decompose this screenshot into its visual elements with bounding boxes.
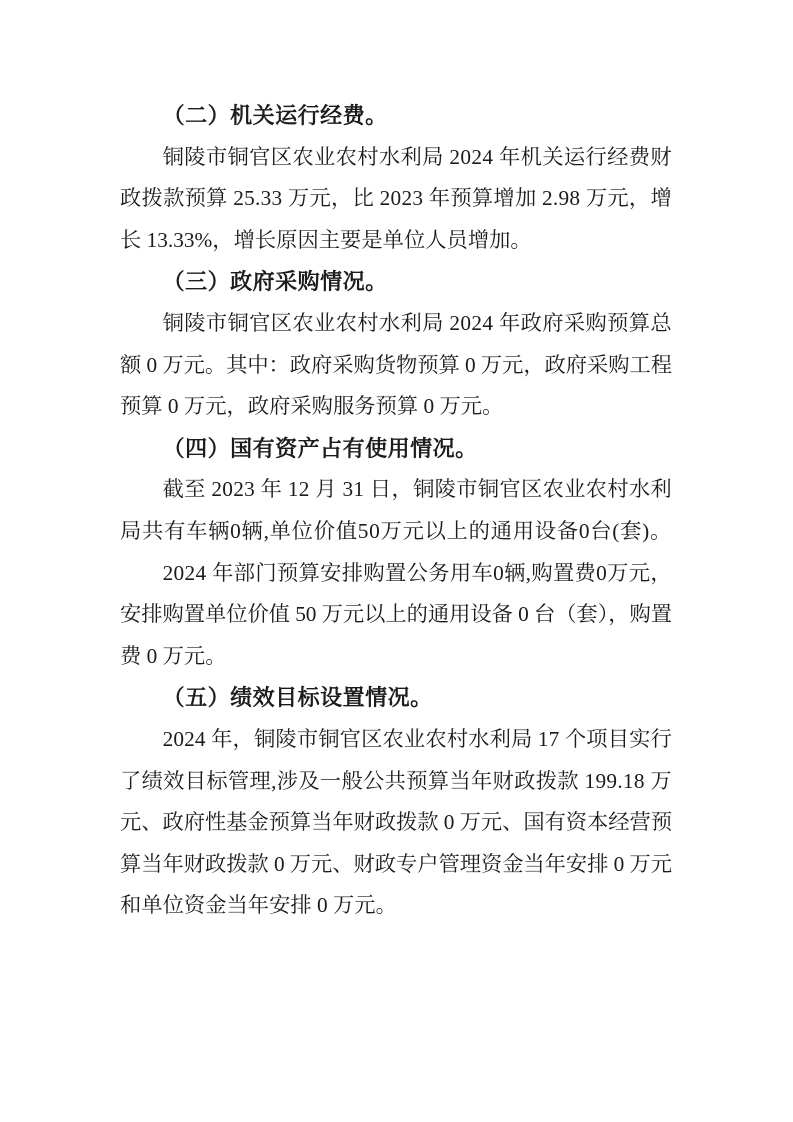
paragraph-line: 政拨款预算 25.33 万元，比 2023 年预算增加 2.98 万元，增: [120, 178, 672, 220]
paragraph-line-text: 算当年财政拨款 0 万元、财政专户管理资金当年安排 0 万元: [120, 844, 672, 886]
paragraph-line: 和单位资金当年安排 0 万元。: [120, 885, 672, 927]
section-heading: （二）机关运行经费。: [120, 95, 672, 137]
paragraph-line: 局共有车辆0辆,单位价值50万元以上的通用设备0台(套)。: [120, 511, 672, 553]
section-heading: （四）国有资产占有使用情况。: [120, 428, 672, 470]
section-heading-text: （五）绩效目标设置情况。: [163, 677, 433, 719]
paragraph-line: 截至 2023 年 12 月 31 日，铜陵市铜官区农业农村水利: [120, 469, 672, 511]
paragraph-line: 算当年财政拨款 0 万元、财政专户管理资金当年安排 0 万元: [120, 844, 672, 886]
paragraph-line-text: 费 0 万元。: [120, 636, 227, 678]
paragraph-line: 元、政府性基金预算当年财政拨款 0 万元、国有资本经营预: [120, 802, 672, 844]
paragraph-line-text: 截至 2023 年 12 月 31 日，铜陵市铜官区农业农村水利: [163, 469, 672, 511]
paragraph-line-text: 铜陵市铜官区农业农村水利局 2024 年机关运行经费财: [163, 137, 672, 179]
paragraph-line-text: 了绩效目标管理,涉及一般公共预算当年财政拨款 199.18 万: [120, 761, 672, 803]
paragraph-line: 2024 年，铜陵市铜官区农业农村水利局 17 个项目实行: [120, 719, 672, 761]
paragraph-line: 预算 0 万元，政府采购服务预算 0 万元。: [120, 386, 672, 428]
paragraph-line: 费 0 万元。: [120, 636, 672, 678]
paragraph-line: 铜陵市铜官区农业农村水利局 2024 年政府采购预算总: [120, 303, 672, 345]
paragraph-line-text: 安排购置单位价值 50 万元以上的通用设备 0 台（套），购置: [120, 594, 672, 636]
paragraph-line-text: 和单位资金当年安排 0 万元。: [120, 885, 397, 927]
section-heading: （五）绩效目标设置情况。: [120, 677, 672, 719]
paragraph-line: 长 13.33%，增长原因主要是单位人员增加。: [120, 220, 672, 262]
paragraph-line-text: 政拨款预算 25.33 万元，比 2023 年预算增加 2.98 万元，增: [120, 178, 672, 220]
paragraph-line: 安排购置单位价值 50 万元以上的通用设备 0 台（套），购置: [120, 594, 672, 636]
section-heading-text: （二）机关运行经费。: [163, 95, 388, 137]
paragraph-line: 了绩效目标管理,涉及一般公共预算当年财政拨款 199.18 万: [120, 761, 672, 803]
paragraph-line: 铜陵市铜官区农业农村水利局 2024 年机关运行经费财: [120, 137, 672, 179]
paragraph-line: 额 0 万元。其中：政府采购货物预算 0 万元，政府采购工程: [120, 345, 672, 387]
paragraph-line-text: 元、政府性基金预算当年财政拨款 0 万元、国有资本经营预: [120, 802, 672, 844]
section-heading-text: （三）政府采购情况。: [163, 261, 388, 303]
paragraph-line-text: 铜陵市铜官区农业农村水利局 2024 年政府采购预算总: [163, 303, 672, 345]
paragraph-line-text: 2024 年，铜陵市铜官区农业农村水利局 17 个项目实行: [163, 719, 672, 761]
paragraph-line-text: 2024 年部门预算安排购置公务用车0辆,购置费0万元，: [163, 553, 672, 595]
section-heading-text: （四）国有资产占有使用情况。: [163, 428, 478, 470]
paragraph-line: 2024 年部门预算安排购置公务用车0辆,购置费0万元，: [120, 553, 672, 595]
document-content: （二）机关运行经费。铜陵市铜官区农业农村水利局 2024 年机关运行经费财政拨款…: [120, 95, 672, 927]
paragraph-line-text: 预算 0 万元，政府采购服务预算 0 万元。: [120, 386, 503, 428]
paragraph-line-text: 局共有车辆0辆,单位价值50万元以上的通用设备0台(套)。: [120, 511, 672, 553]
section-heading: （三）政府采购情况。: [120, 261, 672, 303]
paragraph-line-text: 长 13.33%，增长原因主要是单位人员增加。: [120, 220, 532, 262]
paragraph-line-text: 额 0 万元。其中：政府采购货物预算 0 万元，政府采购工程: [120, 345, 672, 387]
document-page: （二）机关运行经费。铜陵市铜官区农业农村水利局 2024 年机关运行经费财政拨款…: [0, 0, 793, 1122]
